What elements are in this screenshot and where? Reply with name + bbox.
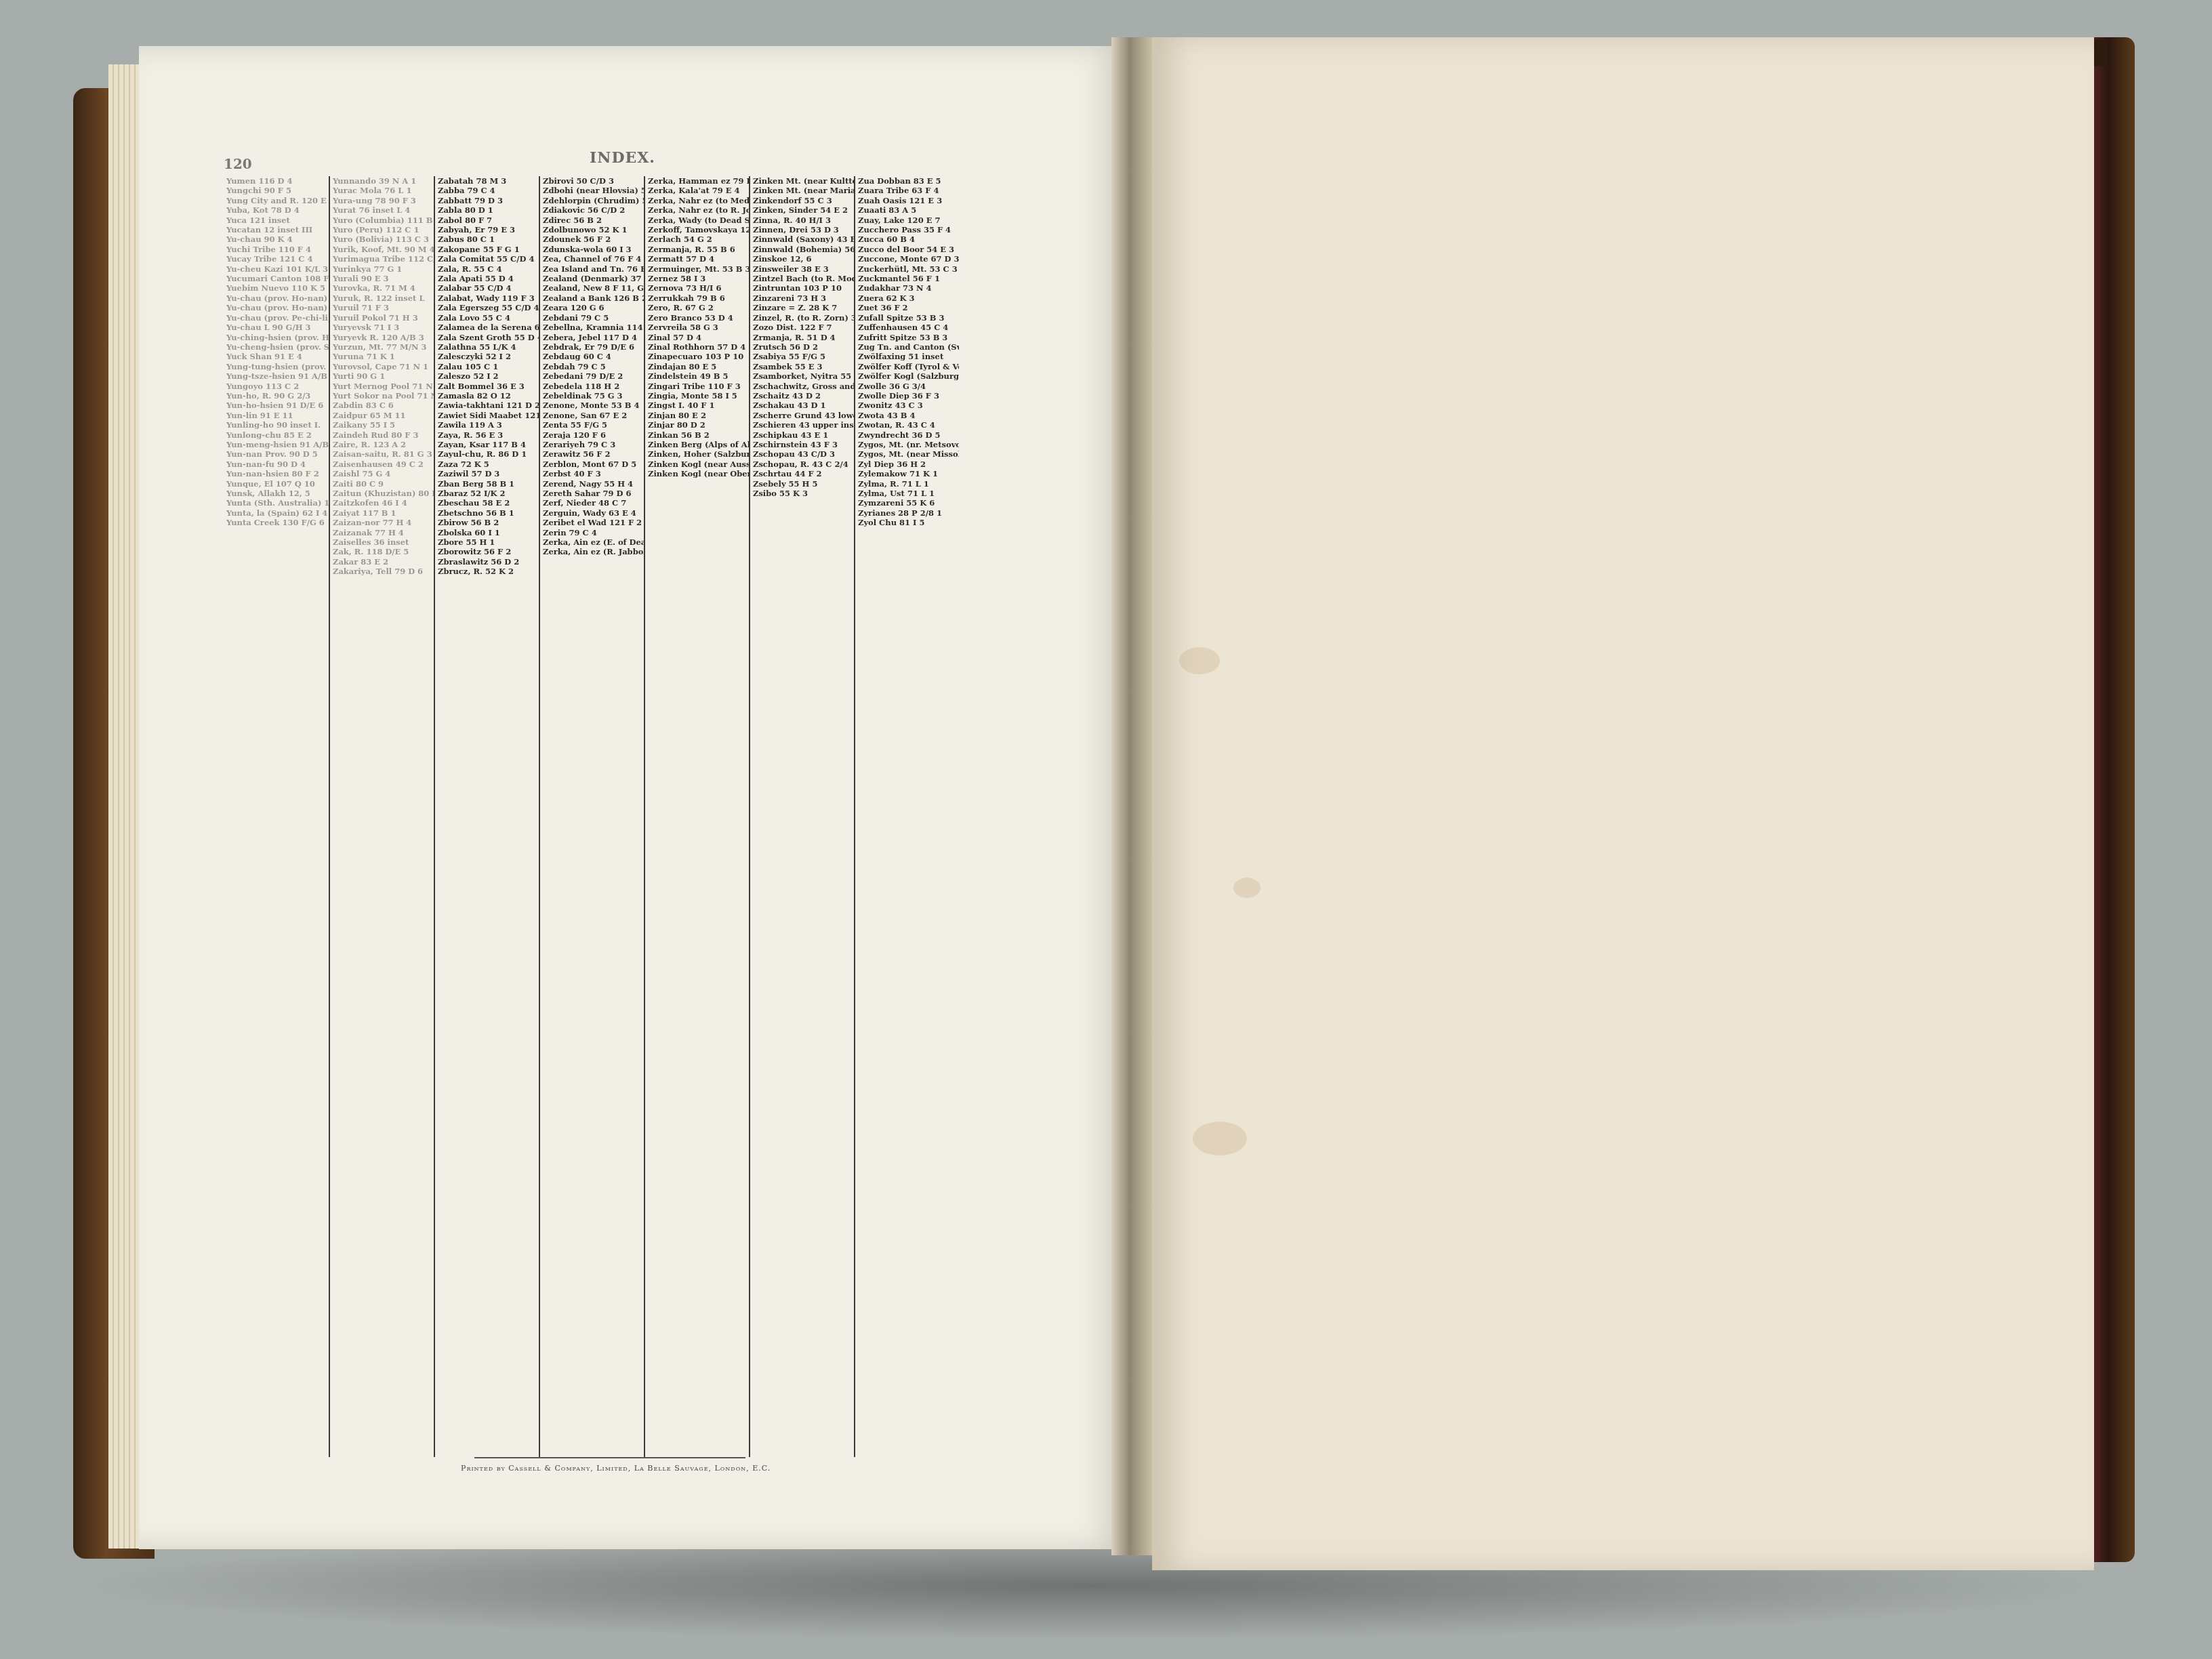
- index-column: Yunnando 39 N A 1Yurac Mola 76 L 1Yura-u…: [329, 176, 434, 1457]
- index-columns: Yumen 116 D 4Yungchi 90 F 5Yung City and…: [224, 176, 1064, 1457]
- index-entry: Zalt Bommel 36 E 3: [438, 382, 539, 391]
- index-entry: Zaisenhausen 49 C 2: [333, 459, 434, 469]
- index-entry: Zaisan-saitu, R. 81 G 3: [333, 449, 434, 459]
- index-entry: Zaindeh Rud 80 F 3: [333, 430, 434, 440]
- index-entry: Yu-chau L 90 G/H 3: [226, 323, 329, 332]
- index-entry: Zwölfaxing 51 inset: [858, 352, 959, 361]
- index-entry: Yuchi Tribe 110 F 4: [226, 245, 329, 254]
- index-entry: Zuckmantel 56 F 1: [858, 274, 959, 283]
- index-entry: Zalabar 55 C/D 4: [438, 283, 539, 293]
- index-entry: Zerka, Kala'at 79 E 4: [648, 186, 749, 195]
- index-entry: Zinzel, R. (to R. Zorn) 38 D 3: [753, 313, 854, 323]
- index-entry: Zinnwald (Saxony) 43 E 3: [753, 234, 854, 244]
- index-entry: Yungchi 90 F 5: [226, 186, 329, 195]
- index-entry: Yurt Mernog Pool 71 N 2: [333, 382, 434, 391]
- index-entry: Zdunska-wola 60 I 3: [543, 245, 644, 254]
- index-entry: Yuca 121 inset: [226, 216, 329, 225]
- index-entry: Zebdrak, Er 79 D/E 6: [543, 342, 644, 352]
- index-entry: Zuet 36 F 2: [858, 303, 959, 312]
- index-entry: Zschopau, R. 43 C 2/4: [753, 459, 854, 469]
- index-entry: Zindajan 80 E 5: [648, 362, 749, 371]
- index-entry: Zborowitz 56 F 2: [438, 547, 539, 556]
- index-entry: Zamasla 82 O 12: [438, 391, 539, 401]
- index-entry: Zuay, Lake 120 E 7: [858, 216, 959, 225]
- index-entry: Zwolle 36 G 3/4: [858, 382, 959, 391]
- index-entry: Yung City and R. 120 E 6: [226, 196, 329, 205]
- index-entry: Zwölfer Koff (Tyrol & Venetia) 53 D 3: [858, 362, 959, 371]
- index-entry: Yunsk, Allakh 12, 5: [226, 489, 329, 498]
- index-entry: Zwolle Diep 36 F 3: [858, 391, 959, 401]
- index-entry: Zaiyat 117 B 1: [333, 508, 434, 518]
- index-entry: Zerka, Ain ez (E. of Dead Sea) 79 D 6: [543, 537, 644, 547]
- index-entry: Yurti 90 G 1: [333, 371, 434, 381]
- index-entry: Zufall Spitze 53 B 3: [858, 313, 959, 323]
- index-entry: Zua Dobban 83 E 5: [858, 176, 959, 186]
- index-entry: Zalesczyki 52 I 2: [438, 352, 539, 361]
- index-entry: Zerka, Nahr ez (to R. Jordan) 79 D 5: [648, 205, 749, 215]
- book-gutter: [1111, 37, 1152, 1555]
- index-entry: Zermuinger, Mt. 53 B 3: [648, 264, 749, 274]
- index-entry: Zinzareni 73 H 3: [753, 293, 854, 303]
- index-entry: Zingst I. 40 F 1: [648, 401, 749, 410]
- index-entry: Zebdaug 60 C 4: [543, 352, 644, 361]
- index-entry: Yuba, Kot 78 D 4: [226, 205, 329, 215]
- index-column: Zbirovi 50 C/D 3Zdbohi (near Hlovsia) 56…: [539, 176, 644, 1457]
- index-entry: Zebedela 118 H 2: [543, 382, 644, 391]
- index-entry: Zervreila 58 G 3: [648, 323, 749, 332]
- index-entry: Zealand, New 8 F 11, G 10: [543, 283, 644, 293]
- index-entry: Zerrukkah 79 B 6: [648, 293, 749, 303]
- index-entry: Zscherre Grund 43 lower inset: [753, 411, 854, 420]
- index-entry: Zindelstein 49 B 5: [648, 371, 749, 381]
- index-entry: Zala Lovo 55 C 4: [438, 313, 539, 323]
- index-entry: Zufritt Spitze 53 B 3: [858, 333, 959, 342]
- index-entry: Zawila 119 A 3: [438, 420, 539, 430]
- index-entry: Zebellna, Kramnia 114 C 9: [543, 323, 644, 332]
- index-entry: Zdounek 56 F 2: [543, 234, 644, 244]
- index-entry: Zinken Mt. (near Kulttelfeld) 54 F 2: [753, 176, 854, 186]
- index-entry: Yun-lin 91 E 11: [226, 411, 329, 420]
- index-entry: Zschakau 43 D 1: [753, 401, 854, 410]
- index-entry: Yurac Mola 76 L 1: [333, 186, 434, 195]
- index-entry: Zsebely 55 H 5: [753, 479, 854, 489]
- index-entry: Zsamborket, Nyitra 55 D/E 2: [753, 371, 854, 381]
- index-entry: Zyol Chu 81 I 5: [858, 518, 959, 527]
- index-entry: Yunling-ho 90 inset I.: [226, 420, 329, 430]
- index-entry: Zeribet el Wad 121 F 2: [543, 518, 644, 527]
- index-entry: Zala, R. 55 C 4: [438, 264, 539, 274]
- index-entry: Zuah Oasis 121 E 3: [858, 196, 959, 205]
- index-entry: Zaleszo 52 I 2: [438, 371, 539, 381]
- index-entry: Yuck Shan 91 E 4: [226, 352, 329, 361]
- index-entry: Zdbohi (near Hlovsia) 56 B 3: [543, 186, 644, 195]
- index-entry: Yurovsol, Cape 71 N 1: [333, 362, 434, 371]
- index-entry: Zaziwil 57 D 3: [438, 469, 539, 478]
- index-entry: Zudakhar 73 N 4: [858, 283, 959, 293]
- index-entry: Zozo Dist. 122 F 7: [753, 323, 854, 332]
- index-entry: Yucay Tribe 121 C 4: [226, 254, 329, 264]
- index-entry: Yu-ching-hsien (prov. Ho-nan) 91 E/F 3: [226, 333, 329, 342]
- index-entry: Zbolska 60 I 1: [438, 528, 539, 537]
- index-entry: Zala Comitat 55 C/D 4: [438, 254, 539, 264]
- index-entry: Zaya, R. 56 E 3: [438, 430, 539, 440]
- index-column: Zerka, Hamman ez 79 D 6Zerka, Kala'at 79…: [644, 176, 749, 1457]
- index-entry: Zayan, Ksar 117 B 4: [438, 440, 539, 449]
- foxing-stain: [1179, 647, 1220, 674]
- index-entry: Zdolbunowo 52 K 1: [543, 225, 644, 234]
- index-entry: Zyl Diep 36 H 2: [858, 459, 959, 469]
- index-entry: Zerin 79 C 4: [543, 528, 644, 537]
- index-entry: Yuryevk R. 120 A/B 3: [333, 333, 434, 342]
- index-entry: Zaizanak 77 H 4: [333, 528, 434, 537]
- index-entry: Zbeschau 58 E 2: [438, 498, 539, 508]
- index-entry: Zayul-chu, R. 86 D 1: [438, 449, 539, 459]
- index-entry: Zbaraz 52 I/K 2: [438, 489, 539, 498]
- index-entry: Zdirec 56 B 2: [543, 216, 644, 225]
- index-entry: Zebedani 79 D/E 2: [543, 371, 644, 381]
- index-column: Zabatah 78 M 3Zabba 79 C 4Zabbatt 79 D 3…: [434, 176, 539, 1457]
- index-entry: Yurzun, Mt. 77 M/N 3: [333, 342, 434, 352]
- index-entry: Zaiselles 36 inset: [333, 537, 434, 547]
- index-entry: Zinken Kogl (near Ober Wolz): [648, 469, 749, 478]
- index-entry: Zalathna 55 L/K 4: [438, 342, 539, 352]
- index-entry: Zbore 55 H 1: [438, 537, 539, 547]
- index-entry: Zerka, Ain ez (R. Jabbok) 79 E 5: [543, 547, 644, 556]
- index-entry: Zsambek 55 E 3: [753, 362, 854, 371]
- index-entry: Zenta 55 F/G 5: [543, 420, 644, 430]
- right-page-blank: [1152, 37, 2094, 1570]
- index-entry: Zawiet Sidi Maabet 121 F 2: [438, 411, 539, 420]
- index-entry: Yu-chau (prov. Pe-chi-li) 90 F/G 2: [226, 313, 329, 323]
- index-entry: Zerariyeh 79 C 3: [543, 440, 644, 449]
- index-entry: Zwonitz 43 C 3: [858, 401, 959, 410]
- index-entry: Zschachwitz, Gross and Klein 43 upper in…: [753, 382, 854, 391]
- index-entry: Yuruil 71 F 3: [333, 303, 434, 312]
- index-entry: Yuro (Bolivia) 113 C 3: [333, 234, 434, 244]
- index-entry: Zingia, Monte 58 I 5: [648, 391, 749, 401]
- index-entry: Yu-chau (prov. Ho-nan) 91 E/F 4: [226, 293, 329, 303]
- index-entry: Zinnwald (Bohemia) 56 D 1: [753, 245, 854, 254]
- index-entry: Zermatt 57 D 4: [648, 254, 749, 264]
- index-entry: Zalamea de la Serena 62 E 6: [438, 323, 539, 332]
- index-entry: Zwölfer Kogl (Salzburg) 54 E 2: [858, 371, 959, 381]
- index-entry: Zschirnstein 43 F 3: [753, 440, 854, 449]
- index-entry: Zabba 79 C 4: [438, 186, 539, 195]
- index-entry: Zabyah, Er 79 E 3: [438, 225, 539, 234]
- index-entry: Zaire, R. 123 A 2: [333, 440, 434, 449]
- index-entry: Zinjan 80 E 2: [648, 411, 749, 420]
- index-entry: Yurik, Koof, Mt. 90 M 4: [333, 245, 434, 254]
- index-entry: Yunnando 39 N A 1: [333, 176, 434, 186]
- index-entry: Zbrucz, R. 52 K 2: [438, 567, 539, 576]
- index-entry: Yun-ho, R. 90 G 2/3: [226, 391, 329, 401]
- index-entry: Yunta Creek 130 F/G 6: [226, 518, 329, 527]
- index-entry: Zuara Tribe 63 F 4: [858, 186, 959, 195]
- printer-imprint: Printed by Cassell & Company, Limited, L…: [461, 1464, 771, 1473]
- index-entry: Yung-tung-hsien (prov. Fo-kien) 91 C 10: [226, 362, 329, 371]
- index-entry: Zban Berg 58 B 1: [438, 479, 539, 489]
- index-entry: Zsabiya 55 F/G 5: [753, 352, 854, 361]
- index-entry: Zala Apati 55 D 4: [438, 274, 539, 283]
- index-entry: Zaikany 55 I 5: [333, 420, 434, 430]
- index-entry: Yun-nan Prov. 90 D 5: [226, 449, 329, 459]
- index-entry: Zbirow 56 B 2: [438, 518, 539, 527]
- index-entry: Zenone, San 67 E 2: [543, 411, 644, 420]
- index-entry: Yun-nan-fu 90 D 4: [226, 459, 329, 469]
- index-entry: Zwyndrecht 36 D 5: [858, 430, 959, 440]
- index-column: Zinken Mt. (near Kulttelfeld) 54 F 2Zink…: [749, 176, 854, 1457]
- index-entry: Zinken, Sinder 54 E 2: [753, 205, 854, 215]
- index-entry: Zerka, Wady (to Dead Sea) 79 D 6: [648, 216, 749, 225]
- index-entry: Zylma, Ust 71 L 1: [858, 489, 959, 498]
- index-entry: Zylma, R. 71 L 1: [858, 479, 959, 489]
- index-entry: Yuruk, R. 122 inset L: [333, 293, 434, 303]
- index-entry: Zerkoff, Tamovskaya 12, 10: [648, 225, 749, 234]
- index-entry: Zeraja 120 F 6: [543, 430, 644, 440]
- page-heading: INDEX.: [590, 149, 655, 167]
- index-entry: Yung-tsze-hsien 91 A/B 5: [226, 371, 329, 381]
- index-entry: Yurat 76 inset L 4: [333, 205, 434, 215]
- index-entry: Zereth Sahar 79 D 6: [543, 489, 644, 498]
- index-entry: Zerguin, Wady 63 E 4: [543, 508, 644, 518]
- index-entry: Zinken Mt. (near Maria Zell) 54 G 2: [753, 186, 854, 195]
- index-entry: Yuruna 71 K 1: [333, 352, 434, 361]
- index-entry: Zinzare = Z. 28 K 7: [753, 303, 854, 312]
- index-entry: Zaizan-nor 77 H 4: [333, 518, 434, 527]
- index-entry: Zsibo 55 K 3: [753, 489, 854, 498]
- index-entry: Yuryevsk 71 I 3: [333, 323, 434, 332]
- index-entry: Yunque, El 107 Q 10: [226, 479, 329, 489]
- index-entry: Yucatan 12 inset III: [226, 225, 329, 234]
- index-entry: Zrmanja, R. 51 D 4: [753, 333, 854, 342]
- index-entry: Yunta, la (Spain) 62 I 4: [226, 508, 329, 518]
- index-entry: Yun-meng-hsien 91 A/B 7: [226, 440, 329, 449]
- index-entry: Yungoyo 113 C 2: [226, 382, 329, 391]
- index-entry: Zinken Kogl (near Aussee) 54 E 2: [648, 459, 749, 469]
- index-entry: Zylemakow 71 K 1: [858, 469, 959, 478]
- index-entry: Zbetschno 56 B 1: [438, 508, 539, 518]
- index-entry: Zakar 83 E 2: [333, 557, 434, 567]
- index-entry: Zebera, Jebel 117 D 4: [543, 333, 644, 342]
- index-entry: Zak, R. 118 D/E 5: [333, 547, 434, 556]
- index-entry: Zuaati 83 A 5: [858, 205, 959, 215]
- index-entry: Zinken Berg (Alps of Algau) 45 E 6: [648, 440, 749, 449]
- foxing-stain: [1193, 1122, 1247, 1155]
- index-entry: Zabbatt 79 D 3: [438, 196, 539, 205]
- index-entry: Zrutsch 56 D 2: [753, 342, 854, 352]
- index-entry: Zenone, Monte 53 B 4: [543, 401, 644, 410]
- index-entry: Zuckerhütl, Mt. 53 C 3: [858, 264, 959, 274]
- footer-rule: [474, 1457, 745, 1458]
- index-entry: Zebeldinak 75 G 3: [543, 391, 644, 401]
- index-column: Yumen 116 D 4Yungchi 90 F 5Yung City and…: [224, 176, 329, 1457]
- index-entry: Yu-cheng-hsien (prov. Shan-tung) 91 C 4: [226, 342, 329, 352]
- index-entry: Zea Island and Tn. 76 F 4: [543, 264, 644, 274]
- index-entry: Zerf, Nieder 48 C 7: [543, 498, 644, 508]
- index-entry: Zymzareni 55 K 6: [858, 498, 959, 508]
- index-entry: Zaiti 80 C 9: [333, 479, 434, 489]
- index-entry: Zaitun (Khuzistan) 80 F 3: [333, 489, 434, 498]
- index-entry: Zealand (Denmark) 37 D/E 3: [543, 274, 644, 283]
- index-entry: Yu-chau (prov. Ho-nan) 91 F 4: [226, 303, 329, 312]
- index-entry: Zintzel Bach (to R. Moder) 38 E 3: [753, 274, 854, 283]
- index-entry: Zakopane 55 F G 1: [438, 245, 539, 254]
- index-entry: Zdiakovic 56 C/D 2: [543, 205, 644, 215]
- index-column: Zua Dobban 83 E 5Zuara Tribe 63 F 4Zuah …: [854, 176, 959, 1457]
- index-entry: Zea, Channel of 76 F 4: [543, 254, 644, 264]
- index-entry: Zuffenhausen 45 C 4: [858, 323, 959, 332]
- index-entry: Zinna, R. 40 H/I 3: [753, 216, 854, 225]
- index-entry: Yunlong-chu 85 E 2: [226, 430, 329, 440]
- index-entry: Yurimagua Tribe 112 C/D 3: [333, 254, 434, 264]
- index-entry: Zalabat, Wady 119 F 3: [438, 293, 539, 303]
- index-entry: Zschrtau 44 F 2: [753, 469, 854, 478]
- index-entry: Zug Tn. and Canton (Switzerland) 58 E/F …: [858, 342, 959, 352]
- index-entry: Zschopau 43 C/D 3: [753, 449, 854, 459]
- index-entry: Zschieren 43 upper inset: [753, 420, 854, 430]
- index-entry: Yuro (Columbia) 111 B 3: [333, 216, 434, 225]
- index-entry: Yurali 90 E 3: [333, 274, 434, 283]
- index-entry: Zaidpur 65 M 11: [333, 411, 434, 420]
- index-entry: Zerbst 40 F 3: [543, 469, 644, 478]
- index-entry: Zerblon, Mont 67 D 5: [543, 459, 644, 469]
- index-entry: Zabdin 83 C 6: [333, 401, 434, 410]
- index-entry: Yuro (Peru) 112 C 1: [333, 225, 434, 234]
- index-entry: Zabol 80 F 7: [438, 216, 539, 225]
- index-entry: Zala Egerszeg 55 C/D 4: [438, 303, 539, 312]
- index-entry: Yurovka, R. 71 M 4: [333, 283, 434, 293]
- index-entry: Zeara 120 G 6: [543, 303, 644, 312]
- index-entry: Zyrianes 28 P 2/8 1: [858, 508, 959, 518]
- index-entry: Yurinkya 77 G 1: [333, 264, 434, 274]
- index-entry: Zintruntan 103 P 10: [753, 283, 854, 293]
- index-entry: Zerka, Nahr ez (to Mediterranean Sea) 79…: [648, 196, 749, 205]
- index-entry: Zernova 73 H/I 6: [648, 283, 749, 293]
- index-entry: Zernez 58 I 3: [648, 274, 749, 283]
- index-entry: Zucca 60 B 4: [858, 234, 959, 244]
- index-entry: Zebdani 79 C 5: [543, 313, 644, 323]
- index-entry: Yucumari Canton 108 F 3: [226, 274, 329, 283]
- index-entry: Zaitzkofen 46 I 4: [333, 498, 434, 508]
- index-entry: Zaishl 75 G 4: [333, 469, 434, 478]
- index-entry: Zalau 105 C 1: [438, 362, 539, 371]
- index-entry: Zinskoe 12, 6: [753, 254, 854, 264]
- index-entry: Zingari Tribe 110 F 3: [648, 382, 749, 391]
- index-entry: Zala Szent Groth 55 D 4: [438, 333, 539, 342]
- index-entry: Zschaitz 43 D 2: [753, 391, 854, 401]
- index-entry: Zygos, Mt. (nr. Metsovo) 76 C 2: [858, 440, 959, 449]
- index-entry: Zucco del Boor 54 E 3: [858, 245, 959, 254]
- index-entry: Zakariya, Tell 79 D 6: [333, 567, 434, 576]
- index-entry: Zero, R. 67 G 2: [648, 303, 749, 312]
- index-entry: Zealand a Bank 126 B 2: [543, 293, 644, 303]
- index-entry: Zinkendorf 55 C 3: [753, 196, 854, 205]
- index-entry: Zabus 80 C 1: [438, 234, 539, 244]
- index-entry: Yura-ung 78 90 F 3: [333, 196, 434, 205]
- index-entry: Zinapecuaro 103 P 10: [648, 352, 749, 361]
- index-entry: Zygos, Mt. (near Missolonghi) 76 C 3: [858, 449, 959, 459]
- index-entry: Zero Branco 53 D 4: [648, 313, 749, 323]
- index-entry: Zinkan 56 B 2: [648, 430, 749, 440]
- index-entry: Zschipkau 43 E 1: [753, 430, 854, 440]
- index-entry: Zinsweiler 38 E 3: [753, 264, 854, 274]
- index-entry: Yuebim Nuevo 110 K 5: [226, 283, 329, 293]
- index-entry: Zinal Rothhorn 57 D 4: [648, 342, 749, 352]
- index-entry: Yun-nan-hsien 80 F 2: [226, 469, 329, 478]
- index-entry: Yun-ho-hsien 91 D/E 6: [226, 401, 329, 410]
- index-entry: Yu-chau 90 K 4: [226, 234, 329, 244]
- index-entry: Zabatah 78 M 3: [438, 176, 539, 186]
- index-entry: Zaza 72 K 5: [438, 459, 539, 469]
- index-entry: Zebdah 79 C 5: [543, 362, 644, 371]
- index-entry: Zawia-takhtani 121 D 2: [438, 401, 539, 410]
- index-entry: Zucchero Pass 35 F 4: [858, 225, 959, 234]
- index-entry: Zdehlorpin (Chrudim) 56 D 2: [543, 196, 644, 205]
- index-entry: Zerawitz 56 F 2: [543, 449, 644, 459]
- foxing-stain: [1233, 878, 1261, 898]
- index-entry: Zermanja, R. 55 B 6: [648, 245, 749, 254]
- index-entry: Zabla 80 D 1: [438, 205, 539, 215]
- index-entry: Zerka, Hamman ez 79 D 6: [648, 176, 749, 186]
- index-entry: Zbirovi 50 C/D 3: [543, 176, 644, 186]
- index-entry: Zinjar 80 D 2: [648, 420, 749, 430]
- index-entry: Zwota 43 B 4: [858, 411, 959, 420]
- index-entry: Zinken, Hoher (Salzburg) 46 L 6: [648, 449, 749, 459]
- page-number: 120: [224, 156, 252, 172]
- index-entry: Yuruil Pokol 71 H 3: [333, 313, 434, 323]
- index-entry: Zbraslawitz 56 D 2: [438, 557, 539, 567]
- index-entry: Zerend, Nagy 55 H 4: [543, 479, 644, 489]
- index-entry: Zuccone, Monte 67 D 3: [858, 254, 959, 264]
- index-entry: Zerlach 54 G 2: [648, 234, 749, 244]
- index-entry: Yumen 116 D 4: [226, 176, 329, 186]
- index-entry: Zwotan, R. 43 C 4: [858, 420, 959, 430]
- index-entry: Yu-cheu Kazi 101 K/L 3: [226, 264, 329, 274]
- index-entry: Zinnen, Drei 53 D 3: [753, 225, 854, 234]
- index-entry: Zuera 62 K 3: [858, 293, 959, 303]
- index-entry: Zinal 57 D 4: [648, 333, 749, 342]
- index-entry: Yunta (Sth. Australia) 131 C 3: [226, 498, 329, 508]
- index-entry: Yurt Sokor na Pool 71 N 2: [333, 391, 434, 401]
